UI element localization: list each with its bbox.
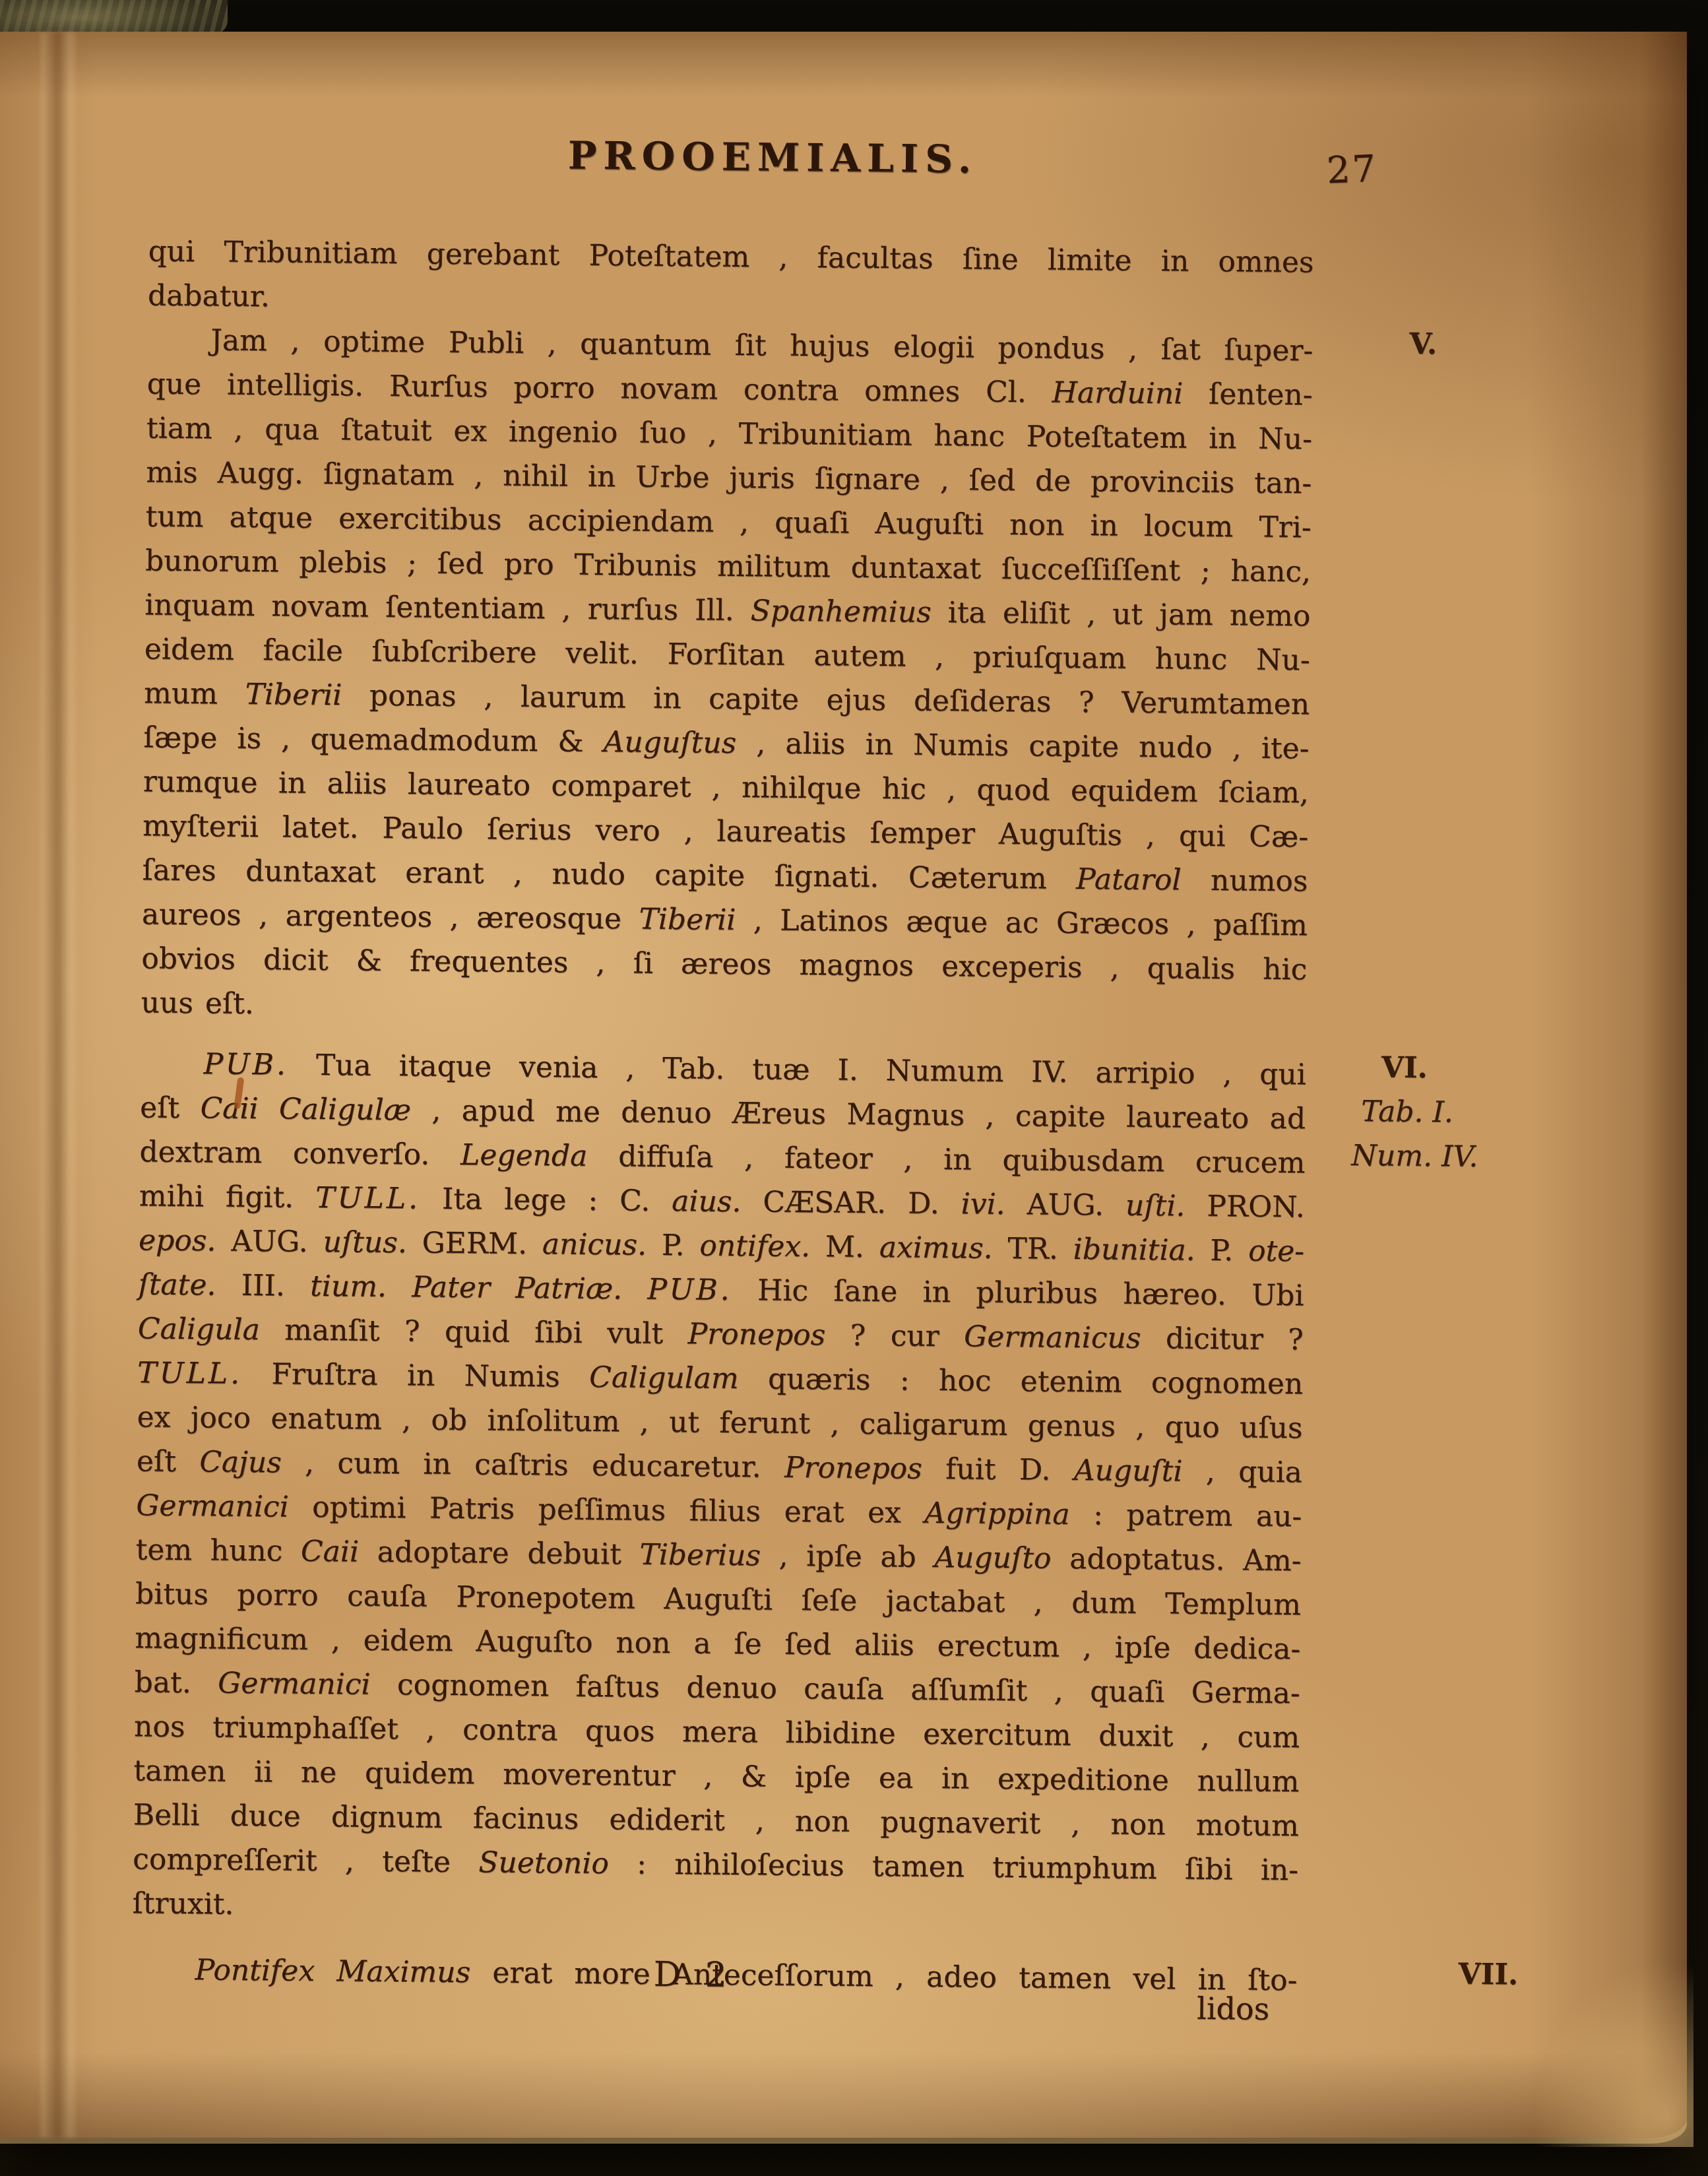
text-segment: inquam novam ſententiam , rurſus Ill. [144, 588, 751, 627]
italic-text: ivi. [961, 1187, 1005, 1221]
text-segment: cognomen faſtus denuo cauſa aſſumſit , q… [370, 1668, 1300, 1711]
text-segment: adoptatus. Am- [1051, 1542, 1302, 1578]
italic-text: Harduini [1052, 376, 1183, 411]
italic-text: Auguſtus [603, 725, 736, 760]
italic-text: Auguſti [1074, 1454, 1183, 1488]
text-segment: qui Tribunitiam gerebant Poteſtatem , fa… [148, 234, 1313, 279]
text-segment: bat. [135, 1665, 218, 1700]
italic-text: Tiberii [639, 903, 736, 937]
text-segment [622, 1272, 648, 1306]
text-segment: quæris : hoc etenim cognomen [738, 1362, 1303, 1401]
text-segment: ſtruxit. [132, 1886, 234, 1921]
text-segment: PRON. [1185, 1190, 1305, 1225]
italic-text: uſti. [1125, 1189, 1186, 1223]
italic-text: Suetonio [478, 1845, 609, 1880]
italic-text: uſtus. [323, 1225, 407, 1260]
italic-text: TULL. [315, 1181, 420, 1216]
text-segment: dabatur. [148, 278, 270, 313]
italic-text: Legenda [460, 1138, 588, 1173]
text-segment: dicitur ? [1141, 1322, 1304, 1357]
italic-text: Pronepos [784, 1451, 922, 1486]
text-segment: nos triumphaſſet , contra quos mera libi… [134, 1710, 1300, 1754]
text-segment: ? cur [825, 1318, 964, 1353]
catchword: lidos [1197, 1991, 1270, 2027]
text-segment: Hic ſane in pluribus hæreo. Ubi [732, 1273, 1304, 1312]
text-segment: , cum in caſtris educaretur. [282, 1446, 785, 1484]
margin-note: Tab. I. [1361, 1095, 1453, 1129]
book-scan-page: PROOEMIALIS. 27 qui Tribunitiam gerebant… [0, 0, 1708, 2176]
text-segment: tamen ii ne quidem moverentur , & ipſe e… [133, 1754, 1299, 1799]
running-head: PROOEMIALIS. [149, 129, 1315, 185]
italic-text: Tiberii [245, 678, 342, 712]
text-segment: optimi Patris peſſimus filius erat ex [288, 1490, 924, 1530]
text-segment: : patrem au- [1069, 1498, 1302, 1533]
italic-text: Auguſto [934, 1541, 1052, 1576]
text-segment [387, 1270, 412, 1304]
body-text: qui Tribunitiam gerebant Poteſtatem , fa… [131, 229, 1314, 2002]
text-segment: Jam , optime Publi , quantum ſit hujus e… [210, 323, 1313, 368]
text-segment: aureos , argenteos , æreosque [142, 897, 639, 936]
text-segment: , Latinos æque ac Græcos , paſſim [736, 903, 1308, 942]
text-segment: tum atque exercitibus accipiendam , quaſ… [145, 499, 1311, 544]
text-segment: ſæpe is , quemadmodum & [143, 720, 604, 759]
paper-page: PROOEMIALIS. 27 qui Tribunitiam gerebant… [0, 32, 1687, 2138]
italic-text: ote- [1248, 1234, 1305, 1268]
text-segment: bitus porro cauſa Pronepotem Auguſti ſeſ… [135, 1577, 1301, 1622]
margin-note: VI. [1381, 1050, 1428, 1085]
page-title: PROOEMIALIS. [568, 133, 978, 182]
text-segment: M. [810, 1230, 879, 1264]
text-segment: tem hunc [135, 1533, 301, 1568]
italic-text: Tiberius [639, 1538, 761, 1573]
text-segment: adoptare debuit [359, 1535, 640, 1572]
text-segment: III. [216, 1268, 310, 1302]
italic-text: Cajus [199, 1445, 282, 1479]
text-segment: Ita lege : C. [420, 1182, 672, 1218]
italic-text: aximus. [879, 1231, 993, 1265]
gathering-signature: D 2 [653, 1955, 734, 1995]
italic-text: ontifex. [699, 1229, 810, 1264]
italic-text: Agrippina [924, 1496, 1070, 1531]
text-segment: magnificum , eidem Auguſto non a ſe ſed … [135, 1621, 1300, 1666]
italic-text: ibunitia. [1073, 1232, 1195, 1267]
text-segment: dextram converſo. [139, 1135, 460, 1172]
italic-text: aius. [672, 1184, 742, 1219]
text-segment: ita eliſit , ut jam nemo [931, 596, 1310, 633]
text-segment: erat more Anteceſſorum , adeo tamen vel … [470, 1956, 1298, 1997]
italic-text: ſtate. [138, 1267, 216, 1302]
text-segment: Fruſtra in Numis [242, 1357, 589, 1394]
margin-note: Num. IV. [1351, 1139, 1478, 1174]
text-segment: que intelligis. Rurſus porro novam contr… [146, 367, 1052, 409]
text-segment: eidem facile ſubſcribere velit. Forſitan… [144, 632, 1310, 677]
italic-text: tium. [310, 1269, 387, 1304]
text-segment: fuit D. [922, 1452, 1075, 1487]
text-segment: AUG. [1005, 1188, 1125, 1223]
text-segment: mum [144, 676, 245, 711]
italic-text: Pater Patriæ. [412, 1270, 622, 1306]
text-segment: ponas , laurum in capite ejus deſideras … [342, 678, 1310, 721]
italic-text: Patarol [1076, 862, 1182, 897]
italic-text: PUB. [204, 1047, 289, 1081]
text-segment: Tua itaque venia , Tab. tuæ I. Numum IV.… [288, 1048, 1306, 1091]
text-segment: mihi figit. [139, 1179, 316, 1215]
text-segment: eſt [140, 1091, 201, 1125]
italic-text: Germanici [218, 1667, 371, 1702]
text-segment: GERM. [407, 1226, 543, 1261]
text-segment: ex joco enatum , ob inſolitum , ut ferun… [137, 1400, 1302, 1445]
text-segment: , aliis in Numis capite nudo , ite- [736, 726, 1310, 765]
italic-text: Pontifex Maximus [195, 1953, 470, 1989]
margin-note: VII. [1458, 1958, 1518, 1992]
italic-text: Spanhemius [750, 594, 931, 629]
italic-text: Pronepos [687, 1317, 825, 1352]
text-segment: , quia [1182, 1455, 1302, 1490]
text-segment: AUG. [216, 1224, 323, 1259]
text-segment: rumque in aliis laureato comparet , nihi… [143, 765, 1309, 810]
italic-text: TULL. [137, 1356, 242, 1391]
italic-text: Germanicus [964, 1320, 1141, 1355]
text-segment: Belli duce dignum facinus ediderit , non… [133, 1798, 1299, 1843]
text-segment: ſares duntaxat erant , nudo capite ſigna… [142, 853, 1076, 896]
italic-text: anicus. [542, 1227, 647, 1262]
text-segment: manſit ? quid ſibi vult [260, 1313, 688, 1351]
text-segment: eſt [137, 1444, 200, 1479]
text-segment: P. [1195, 1234, 1248, 1268]
page-number: 27 [1325, 147, 1378, 192]
text-segment: : nihiloſecius tamen triumphum ſibi in- [609, 1847, 1299, 1887]
text-segment: diffuſa , fateor , in quibusdam crucem [587, 1139, 1306, 1180]
italic-text: Caii Caligulæ [200, 1091, 411, 1127]
text-segment: P. [647, 1229, 700, 1263]
italic-text: Caii [301, 1535, 360, 1569]
page-content: PROOEMIALIS. 27 qui Tribunitiam gerebant… [0, 31, 1688, 2153]
italic-text: epos. [139, 1223, 216, 1258]
italic-text: Caligulam [589, 1360, 739, 1395]
italic-text: PUB. [647, 1273, 732, 1307]
text-segment: CÆSAR. D. [741, 1185, 961, 1221]
text-segment: myſterii latet. Paulo ſerius vero , laur… [142, 809, 1308, 854]
text-segment: bunorum plebis ; ſed pro Tribunis militu… [145, 544, 1311, 589]
text-segment: , ipſe ab [761, 1539, 935, 1574]
text-segment: numos [1181, 863, 1308, 898]
text-segment: ſenten- [1183, 377, 1313, 412]
italic-text: Caligula [138, 1312, 260, 1347]
text-segment: obvios dicit & frequentes , ſi æreos mag… [141, 942, 1307, 986]
text-segment: TR. [992, 1232, 1073, 1266]
text-segment: mis Augg. ſignatam , nihil in Urbe juris… [146, 455, 1312, 500]
margin-note: V. [1409, 327, 1437, 361]
text-segment: tiam , qua ſtatuit ex ingenio ſuo , Trib… [146, 411, 1312, 456]
text-segment: uus eſt. [141, 986, 254, 1021]
italic-text: Germanici [136, 1488, 289, 1523]
text-segment: compreſſerit , teſte [133, 1842, 479, 1879]
text-segment: , apud me denuo Æreus Magnus , capite la… [411, 1093, 1306, 1136]
